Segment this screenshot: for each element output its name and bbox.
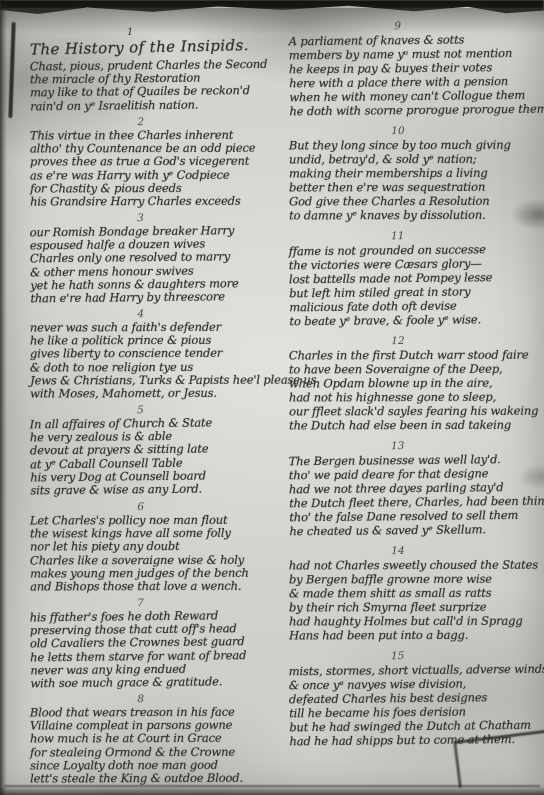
stanza-number: 10	[289, 125, 507, 139]
stanza: 6Let Charles's pollicy noe man floutthe …	[30, 500, 282, 593]
stanza: 15mists, stormes, short victualls, adver…	[288, 649, 537, 749]
stanza-number: 8	[30, 693, 252, 707]
manuscript-line: to damne yᵉ knaves by dissolution.	[289, 208, 537, 223]
stanza-number: 4	[30, 308, 252, 322]
stanza-number: 3	[30, 211, 252, 226]
stanza: 9A parliament of knaves & sottsmembers b…	[288, 19, 537, 119]
manuscript-line: But they long since by too much giving	[289, 138, 537, 153]
manuscript-line: & made them shitt as small as ratts	[289, 586, 537, 601]
manuscript-line: members by name yᵘ must not mention	[289, 46, 537, 63]
manuscript-line: The Bergen businesse was well lay'd.	[289, 452, 537, 469]
stanza: 5In all affaires of Church & Statehe ver…	[30, 403, 283, 498]
manuscript-line: with soe much grace & gratitude.	[30, 675, 282, 691]
manuscript-line: to have been Soveraigne of the Deep,	[289, 362, 537, 377]
manuscript-line: by their rich Smyrna fleet surprize	[289, 600, 537, 615]
right-column: 9A parliament of knaves & sottsmembers b…	[289, 20, 537, 755]
stanza-number: 14	[289, 545, 507, 559]
manuscript-line: had not Charles sweetly choused the Stat…	[289, 558, 537, 573]
stanza-number: 11	[288, 229, 506, 244]
left-column: 1 The History of the Insipids. Chast, pi…	[30, 27, 282, 789]
manuscript-line: with Moses, Mahomett, or Jesus.	[30, 387, 282, 401]
manuscript-line: and Bishops those that love a wench.	[30, 579, 282, 593]
manuscript-page: 1 The History of the Insipids. Chast, pi…	[0, 0, 544, 795]
stanza-number: 12	[289, 335, 507, 349]
manuscript-line: our ffleet slack'd sayles fearing his wa…	[289, 404, 537, 419]
manuscript-line: proves thee as true a God's vicegerent	[30, 155, 282, 169]
manuscript-line: had haughty Holmes but call'd in Spragg	[289, 614, 537, 629]
manuscript-line: lett's steale the King & outdoe Blood.	[30, 772, 282, 786]
manuscript-line: Charles in the first Dutch warr stood fa…	[289, 348, 537, 363]
stanza: Chast, pious, prudent Charles the Second…	[30, 58, 283, 113]
stanza: 8Blood that wears treason in his faceVil…	[30, 693, 282, 786]
manuscript-line: had not his highnesse gone to sleep,	[289, 390, 537, 405]
manuscript-line: he doth with scorne prorogue prorogue th…	[289, 102, 537, 119]
stanza-number: 2	[30, 115, 252, 129]
stanza: 2This virtue in thee Charles inherentalt…	[30, 115, 282, 208]
stanza-container-right: 9A parliament of knaves & sottsmembers b…	[289, 20, 537, 747]
manuscript-line: the Dutch had else been in sad takeing	[289, 418, 537, 433]
manuscript-line: undid, betray'd, & sold yᵉ nation;	[289, 152, 537, 167]
stanza: 7his ffather's foes he doth Rewardpreser…	[30, 596, 283, 691]
stanza: 14had not Charles sweetly choused the St…	[289, 545, 537, 643]
stanza-number: 9	[288, 19, 506, 34]
manuscript-line: had he had shipps but to come at them.	[289, 732, 537, 749]
stanza: 11ffame is not grounded on successethe v…	[288, 229, 537, 329]
manuscript-line: Hans had been put into a bagg.	[289, 628, 537, 643]
manuscript-line: as e're was Harry with yᵉ Codpiece	[30, 168, 282, 182]
manuscript-line: sits grave & wise as any Lord.	[30, 482, 282, 498]
manuscript-line: when Opdam blowne up in the aire,	[289, 376, 537, 391]
stanza: 13The Bergen businesse was well lay'd.th…	[288, 439, 537, 539]
stanza-number: 6	[30, 500, 252, 514]
stanza: 3our Romish Bondage breaker Harryespouse…	[30, 211, 283, 306]
ink-smudge-left	[8, 22, 15, 118]
torn-paper-edge-top	[0, 0, 544, 17]
manuscript-line: God give thee Charles a Resolution	[289, 194, 537, 209]
manuscript-line: than e're had Harry by threescore	[30, 290, 282, 306]
page-left-edge	[0, 0, 7, 795]
manuscript-line: by Bergen baffle growne more wise	[289, 572, 537, 587]
stanza: 4never was such a faith's defenderhe lik…	[30, 308, 282, 401]
manuscript-line: nor let his piety any doubt	[30, 540, 282, 554]
manuscript-line: better then e're was sequestration	[289, 180, 537, 195]
manuscript-line: to beate yᵉ brave, & foole yᵉ wise.	[289, 312, 537, 329]
manuscript-line: tho' the false Dane resolved to sell the…	[289, 508, 537, 525]
manuscript-line: rain'd on yᵉ Israelitish nation.	[30, 97, 282, 113]
stanza-container-left: Chast, pious, prudent Charles the Second…	[30, 59, 282, 785]
manuscript-line: mists, stormes, short victualls, adverse…	[289, 662, 537, 679]
manuscript-line: making their memberships a living	[289, 166, 537, 181]
stanza-number: 13	[288, 439, 506, 454]
stanza: 10But they long since by too much giving…	[289, 125, 537, 223]
manuscript-line: his Grandsire Harry Charles exceeds	[30, 194, 282, 208]
manuscript-line: he cheated us & saved yᵉ Skellum.	[289, 522, 537, 539]
stanza: 12Charles in the first Dutch warr stood …	[289, 335, 537, 433]
stanza-number: 7	[30, 596, 252, 611]
page-title: The History of the Insipids.	[30, 35, 282, 59]
stanza-number: 15	[288, 649, 506, 664]
